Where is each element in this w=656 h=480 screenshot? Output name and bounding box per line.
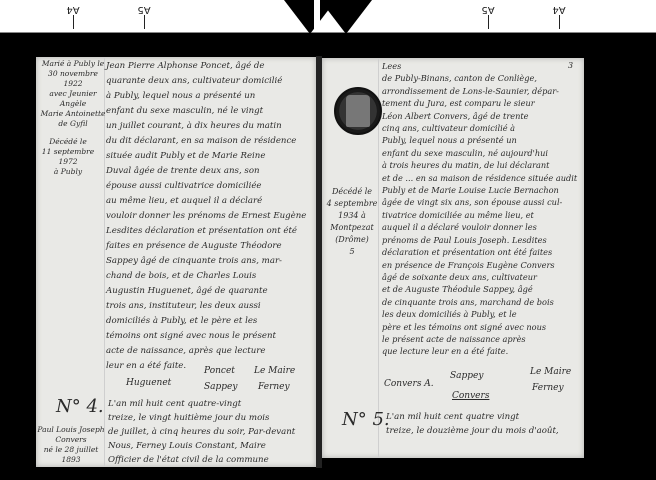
signature-convers-a: Convers A. <box>384 376 434 392</box>
signature-convers: Convers <box>452 388 489 404</box>
calibration-marker: A4 <box>544 4 574 29</box>
entry-number: N° 5. <box>342 410 390 430</box>
signature-ferney: Ferney <box>258 379 290 395</box>
record-body-text: Jean Pierre Alphonse Poncet, âgé de quar… <box>106 59 312 374</box>
signature-sappey: Sappey <box>450 368 483 384</box>
entry-text: L'an mil huit cent quatre-vingt treize, … <box>108 397 314 467</box>
calibration-strip: A4 A5 A5 A4 <box>0 0 656 33</box>
calibration-marker: A4 <box>58 4 88 29</box>
signature-le-maire: Le Maire <box>530 364 571 380</box>
center-separator <box>314 0 320 32</box>
signature-huguenet: Huguenet <box>126 375 171 391</box>
center-triangle-right-icon <box>320 0 372 34</box>
margin-note-death: Décédé le 4 septembre 1934 à Montpezat (… <box>324 186 380 258</box>
calibration-marker: A5 <box>473 4 503 29</box>
left-page: Marié à Publy le 30 novembre 1922 avec J… <box>36 57 316 467</box>
entry-text: L'an mil huit cent quatre vingt treize, … <box>386 410 582 438</box>
signature-le-maire: Le Maire <box>254 363 295 379</box>
margin-note-marriage: Marié à Publy le 30 novembre 1922 avec J… <box>40 59 106 129</box>
entry-margin-name: Paul Louis Joseph Convers né le 28 juill… <box>36 425 106 465</box>
calibration-marker: A5 <box>129 4 159 29</box>
margin-note-death: Décédé le 11 septembre 1972 à Publy <box>38 137 98 177</box>
signature-sappey: Sappey <box>204 379 237 395</box>
republique-francaise-stamp-icon <box>334 87 382 135</box>
record-body-text: Lees de Publy-Binans, canton de Conliège… <box>382 60 582 358</box>
signature-poncet: Poncet <box>204 363 235 379</box>
entry-number: N° 4. <box>56 397 104 417</box>
signature-ferney: Ferney <box>532 380 564 396</box>
